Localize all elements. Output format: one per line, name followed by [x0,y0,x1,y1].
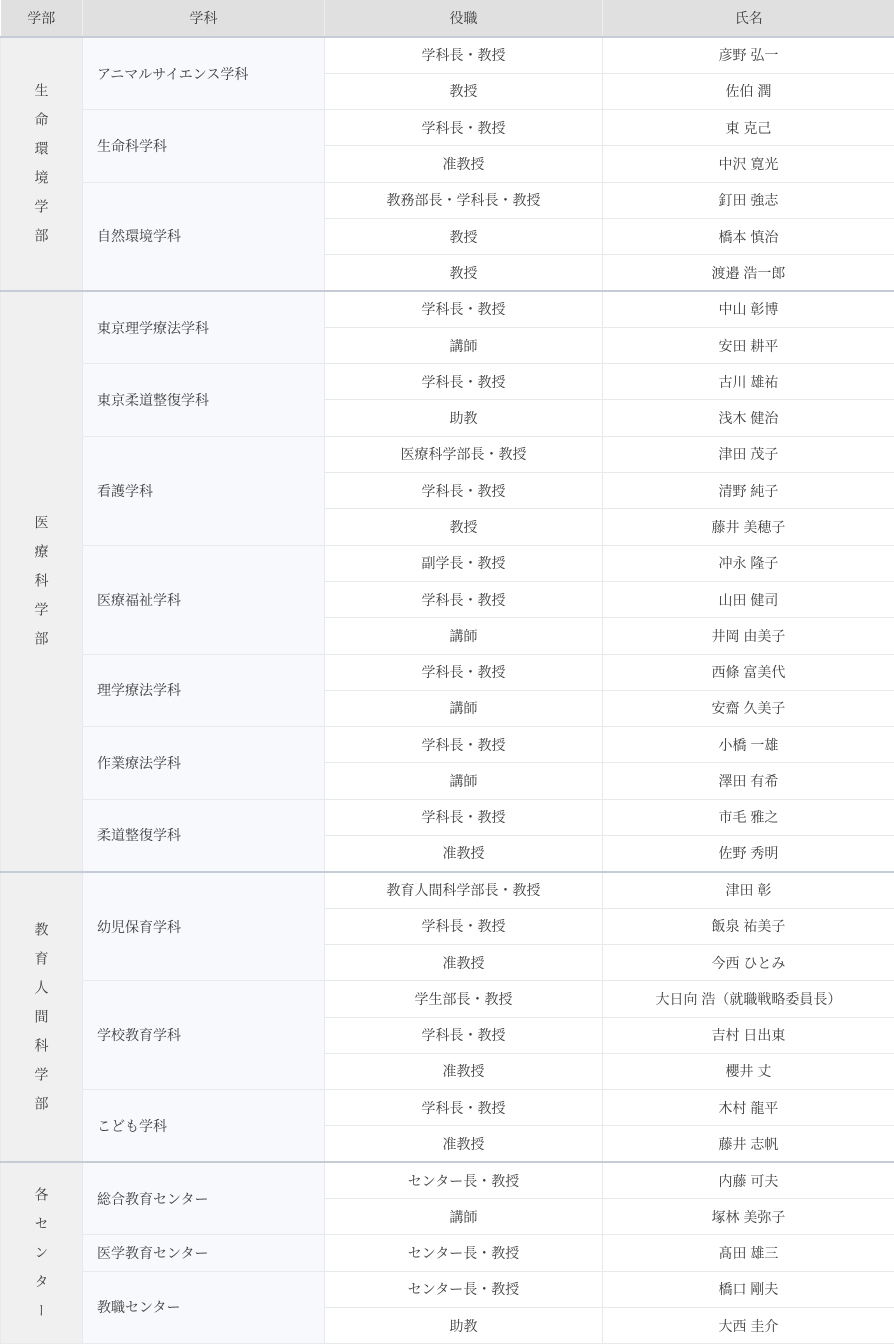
name-cell: 木村 龍平 [603,1090,894,1126]
position-cell: 助教 [325,1307,603,1343]
name-cell: 渡邉 浩一郎 [603,255,894,291]
position-cell: 准教授 [325,836,603,872]
position-cell: センター長・教授 [325,1271,603,1307]
position-cell: 学科長・教授 [325,1090,603,1126]
table-row: 教職センター センター長・教授 橋口 剛夫 [1,1271,894,1307]
position-cell: 学科長・教授 [325,799,603,835]
name-cell: 藤井 美穂子 [603,509,894,545]
position-cell: 学科長・教授 [325,473,603,509]
position-cell: 教授 [325,509,603,545]
faculty-vertical-label: 各センター [33,1187,49,1332]
department-cell: 学校教育学科 [83,981,325,1090]
position-cell: 講師 [325,1199,603,1235]
position-cell: 講師 [325,618,603,654]
name-cell: 安田 耕平 [603,327,894,363]
name-cell: 今西 ひとみ [603,944,894,980]
name-cell: 藤井 志帆 [603,1126,894,1162]
table-row: 生命科学科 学科長・教授 東 克己 [1,110,894,146]
department-cell: 医療福祉学科 [83,545,325,654]
position-cell: センター長・教授 [325,1235,603,1271]
faculty-vertical-label: 教育人間科学部 [33,922,49,1125]
column-header-position: 役職 [325,0,603,37]
name-cell: 吉村 日出東 [603,1017,894,1053]
name-cell: 中山 彰博 [603,291,894,327]
position-cell: 教授 [325,218,603,254]
table-row: 東京柔道整復学科 学科長・教授 古川 雄祐 [1,364,894,400]
table-row: 医療科学部 東京理学療法学科 学科長・教授 中山 彰博 [1,291,894,327]
table-row: 柔道整復学科 学科長・教授 市毛 雅之 [1,799,894,835]
faculty-vertical-label: 生命環境学部 [33,83,49,257]
table-row: 生命環境学部 アニマルサイエンス学科 学科長・教授 彦野 弘一 [1,37,894,73]
name-cell: 津田 彰 [603,872,894,908]
position-cell: 学科長・教授 [325,727,603,763]
position-cell: 副学長・教授 [325,545,603,581]
name-cell: 櫻井 丈 [603,1053,894,1089]
department-cell: 東京柔道整復学科 [83,364,325,437]
name-cell: 橋本 慎治 [603,218,894,254]
faculty-table: 学部 学科 役職 氏名 生命環境学部 アニマルサイエンス学科 学科長・教授 彦野… [0,0,894,1344]
table-row: 理学療法学科 学科長・教授 西條 富美代 [1,654,894,690]
department-cell: 教職センター [83,1271,325,1344]
name-cell: 中沢 寛光 [603,146,894,182]
name-cell: 澤田 有希 [603,763,894,799]
position-cell: 講師 [325,690,603,726]
table-row: 医療福祉学科 副学長・教授 冲永 隆子 [1,545,894,581]
name-cell: 東 克己 [603,110,894,146]
name-cell: 飯泉 祐美子 [603,908,894,944]
column-header-faculty: 学部 [1,0,83,37]
table-row: 各センター 総合教育センター センター長・教授 内藤 可夫 [1,1162,894,1198]
name-cell: 浅木 健治 [603,400,894,436]
department-cell: 総合教育センター [83,1162,325,1235]
position-cell: 教務部長・学科長・教授 [325,182,603,218]
department-cell: こども学科 [83,1090,325,1163]
position-cell: 教授 [325,255,603,291]
name-cell: 井岡 由美子 [603,618,894,654]
position-cell: 講師 [325,763,603,799]
department-cell: 医学教育センター [83,1235,325,1271]
position-cell: 助教 [325,400,603,436]
department-cell: 幼児保育学科 [83,872,325,981]
position-cell: 准教授 [325,146,603,182]
table-row: 自然環境学科 教務部長・学科長・教授 釘田 強志 [1,182,894,218]
table-row: 教育人間科学部 幼児保育学科 教育人間科学部長・教授 津田 彰 [1,872,894,908]
name-cell: 山田 健司 [603,581,894,617]
name-cell: 古川 雄祐 [603,364,894,400]
faculty-cell: 医療科学部 [1,291,83,872]
position-cell: 教育人間科学部長・教授 [325,872,603,908]
position-cell: センター長・教授 [325,1162,603,1198]
name-cell: 佐伯 潤 [603,73,894,109]
name-cell: 西條 富美代 [603,654,894,690]
department-cell: 東京理学療法学科 [83,291,325,364]
position-cell: 教授 [325,73,603,109]
position-cell: 学科長・教授 [325,37,603,73]
department-cell: 自然環境学科 [83,182,325,291]
table-row: 作業療法学科 学科長・教授 小橋 一雄 [1,727,894,763]
column-header-department: 学科 [83,0,325,37]
position-cell: 講師 [325,327,603,363]
department-cell: 理学療法学科 [83,654,325,727]
position-cell: 学科長・教授 [325,908,603,944]
name-cell: 髙田 雄三 [603,1235,894,1271]
faculty-cell: 各センター [1,1162,83,1343]
name-cell: 清野 純子 [603,473,894,509]
position-cell: 医療科学部長・教授 [325,436,603,472]
name-cell: 大日向 浩（就職戦略委員長） [603,981,894,1017]
faculty-vertical-label: 医療科学部 [33,515,49,660]
name-cell: 安齋 久美子 [603,690,894,726]
department-cell: アニマルサイエンス学科 [83,37,325,110]
name-cell: 塚林 美弥子 [603,1199,894,1235]
position-cell: 学科長・教授 [325,110,603,146]
name-cell: 大西 圭介 [603,1307,894,1343]
position-cell: 学生部長・教授 [325,981,603,1017]
position-cell: 准教授 [325,1126,603,1162]
position-cell: 准教授 [325,1053,603,1089]
position-cell: 学科長・教授 [325,291,603,327]
position-cell: 学科長・教授 [325,364,603,400]
column-header-name: 氏名 [603,0,894,37]
position-cell: 学科長・教授 [325,1017,603,1053]
name-cell: 市毛 雅之 [603,799,894,835]
header-row: 学部 学科 役職 氏名 [1,0,894,37]
position-cell: 准教授 [325,944,603,980]
name-cell: 小橋 一雄 [603,727,894,763]
table-row: 看護学科 医療科学部長・教授 津田 茂子 [1,436,894,472]
faculty-cell: 教育人間科学部 [1,872,83,1162]
name-cell: 彦野 弘一 [603,37,894,73]
table-row: こども学科 学科長・教授 木村 龍平 [1,1090,894,1126]
department-cell: 生命科学科 [83,110,325,183]
name-cell: 佐野 秀明 [603,836,894,872]
name-cell: 内藤 可夫 [603,1162,894,1198]
name-cell: 釘田 強志 [603,182,894,218]
position-cell: 学科長・教授 [325,581,603,617]
table-row: 学校教育学科 学生部長・教授 大日向 浩（就職戦略委員長） [1,981,894,1017]
table-row: 医学教育センター センター長・教授 髙田 雄三 [1,1235,894,1271]
name-cell: 橋口 剛夫 [603,1271,894,1307]
position-cell: 学科長・教授 [325,654,603,690]
faculty-cell: 生命環境学部 [1,37,83,291]
department-cell: 看護学科 [83,436,325,545]
department-cell: 作業療法学科 [83,727,325,800]
name-cell: 津田 茂子 [603,436,894,472]
name-cell: 冲永 隆子 [603,545,894,581]
department-cell: 柔道整復学科 [83,799,325,872]
